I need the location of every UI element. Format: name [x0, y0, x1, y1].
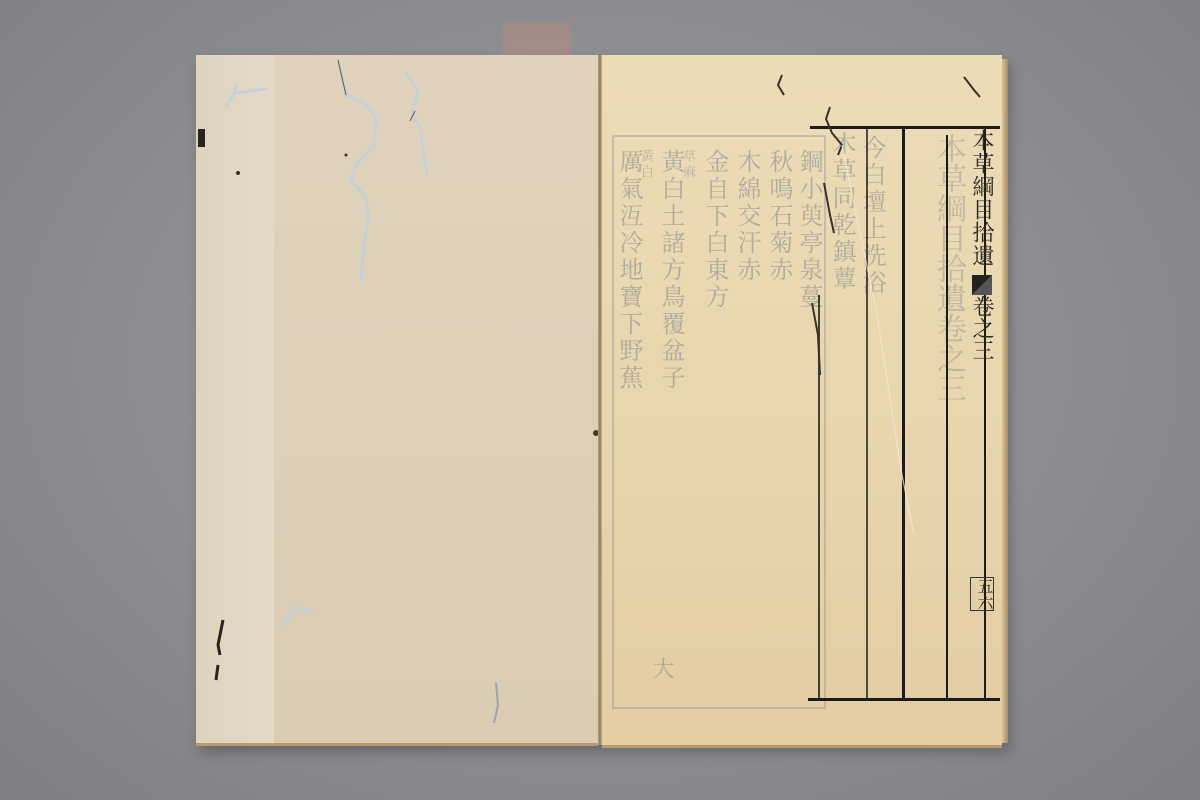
page-fore-edge	[1002, 59, 1008, 743]
worm-track-icon	[196, 55, 598, 743]
right-page: 厲氣沍冷地寶下野蕉 黃白 黃白土諸方鳥覆盆子 草麻 金自下白東方 木綿交汗赤 秋…	[602, 55, 1002, 748]
left-page	[196, 55, 598, 746]
worm-track-icon	[602, 55, 1002, 745]
open-book: 厲氣沍冷地寶下野蕉 黃白 黃白土諸方鳥覆盆子 草麻 金自下白東方 木綿交汗赤 秋…	[196, 55, 1006, 745]
